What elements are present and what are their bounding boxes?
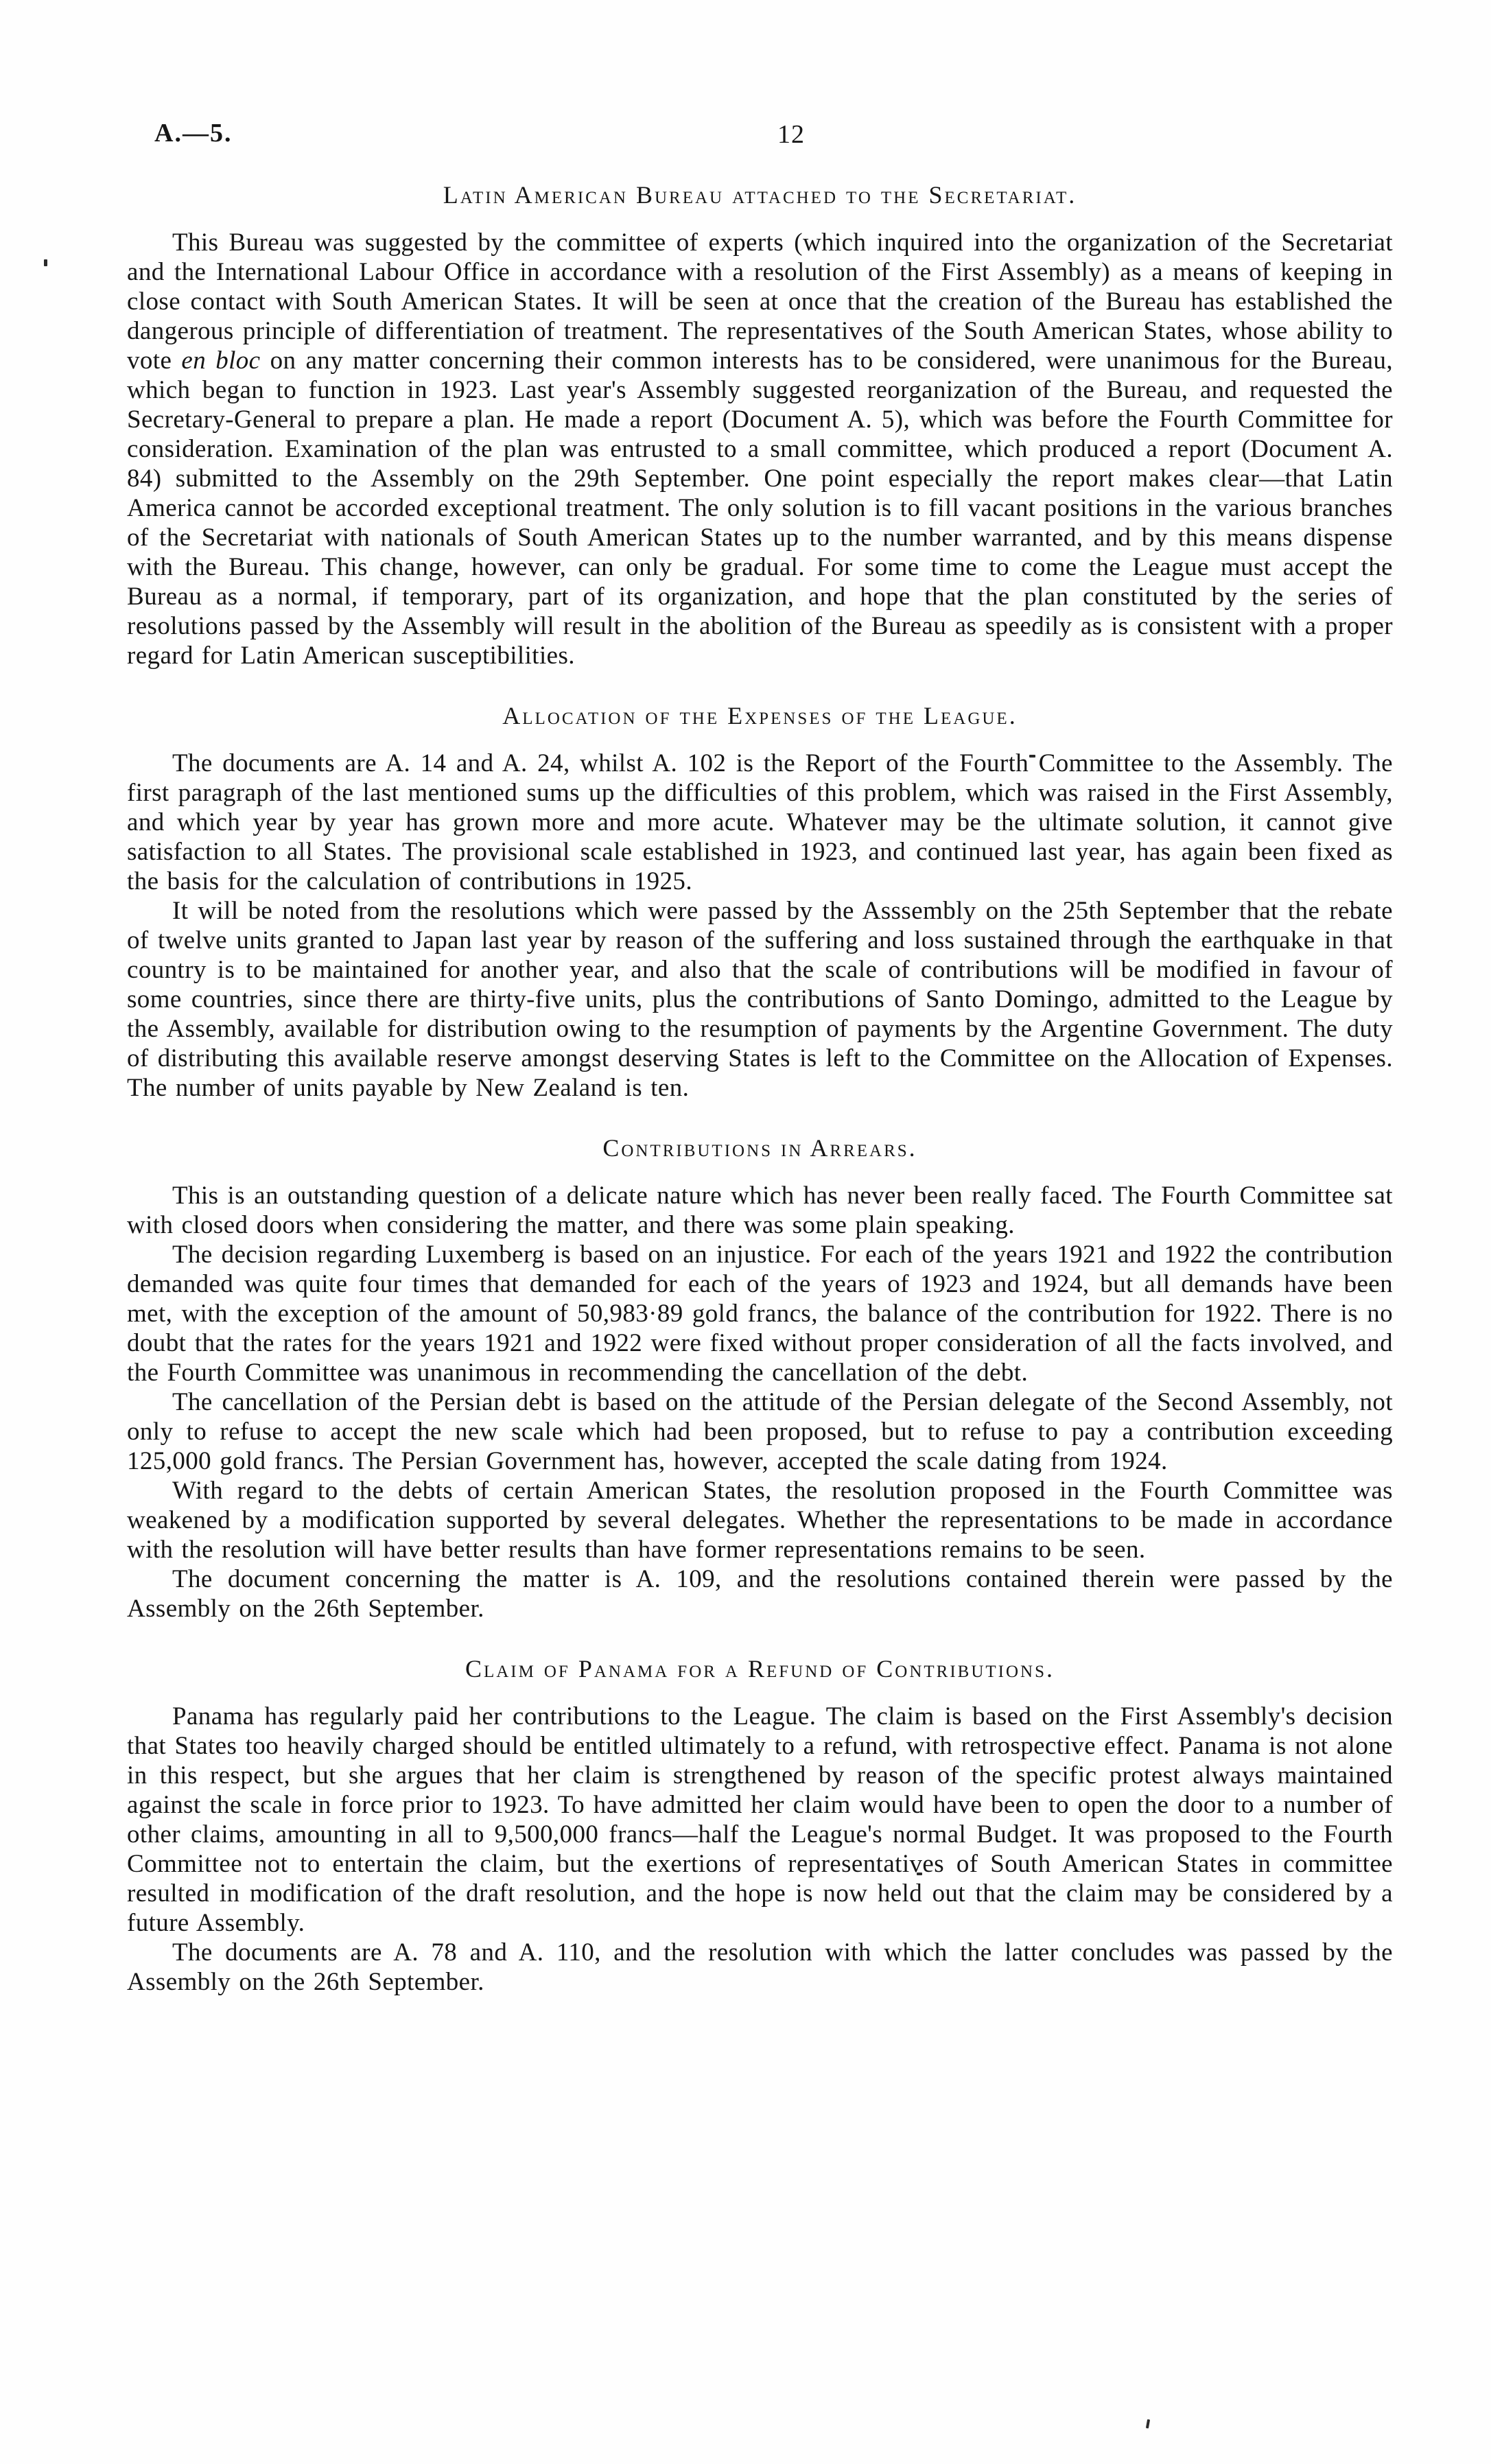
- scan-speck: [917, 1873, 922, 1875]
- section-heading: Allocation of the Expenses of the League…: [127, 701, 1393, 731]
- paragraph: The cancellation of the Persian debt is …: [127, 1387, 1393, 1476]
- paragraph: This is an outstanding question of a del…: [127, 1181, 1393, 1240]
- paragraph: The documents are A. 78 and A. 110, and …: [127, 1938, 1393, 1997]
- document-reference: A.—5.: [154, 118, 232, 148]
- paragraph: The decision regarding Luxemberg is base…: [127, 1240, 1393, 1387]
- paragraph: This Bureau was suggested by the committ…: [127, 228, 1393, 670]
- document-section-1: Latin American Bureau attached to the Se…: [127, 180, 1393, 670]
- section-heading: Claim of Panama for a Refund of Contribu…: [127, 1654, 1393, 1684]
- document-body: Latin American Bureau attached to the Se…: [127, 180, 1393, 1997]
- paragraph: The documents are A. 14 and A. 24, whils…: [127, 749, 1393, 896]
- scan-speck: [44, 259, 47, 266]
- scanned-document-page: A.—5. 12 Latin American Bureau attached …: [0, 0, 1491, 2464]
- document-section-2: Allocation of the Expenses of the League…: [127, 701, 1393, 1103]
- scan-speck: [1146, 2419, 1150, 2428]
- section-heading: Latin American Bureau attached to the Se…: [127, 180, 1393, 210]
- paragraph: The document concerning the matter is A.…: [127, 1564, 1393, 1623]
- section-heading: Contributions in Arrears.: [127, 1133, 1393, 1163]
- paragraph: Panama has regularly paid her contributi…: [127, 1702, 1393, 1938]
- scan-speck: [1029, 755, 1035, 758]
- page-number: 12: [777, 119, 805, 150]
- document-section-3: Contributions in Arrears.This is an outs…: [127, 1133, 1393, 1623]
- page-header: A.—5. 12: [127, 118, 1393, 154]
- paragraph: It will be noted from the resolutions wh…: [127, 896, 1393, 1103]
- document-section-4: Claim of Panama for a Refund of Contribu…: [127, 1654, 1393, 1997]
- paragraph: With regard to the debts of certain Amer…: [127, 1476, 1393, 1564]
